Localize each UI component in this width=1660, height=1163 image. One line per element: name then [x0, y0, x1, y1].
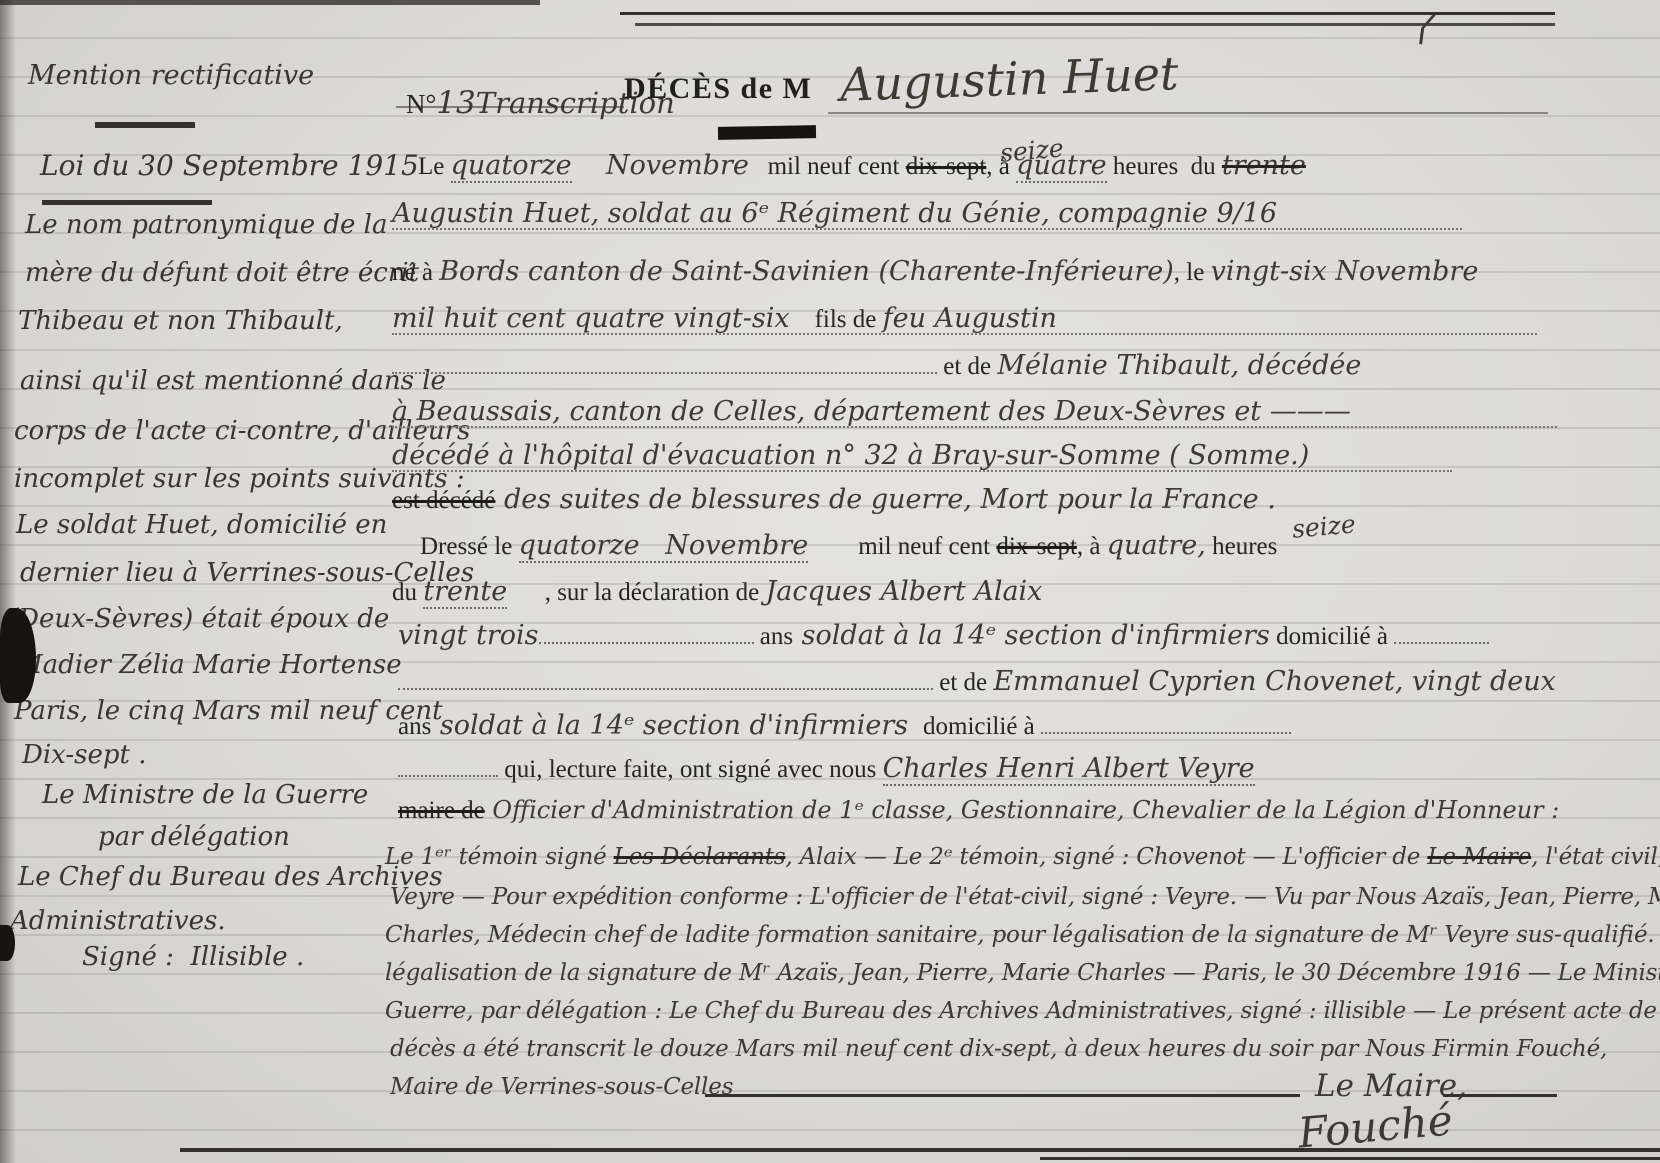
closing-rule: [705, 1094, 1300, 1097]
number-value: 13: [436, 85, 475, 121]
text-segment: et de: [937, 353, 997, 380]
text-segment: Guerre, par délégation : Le Chef du Bure…: [385, 998, 1657, 1024]
form-line: est décédé des suites de blessures de gu…: [392, 486, 1276, 514]
form-line: Guerre, par délégation : Le Chef du Bure…: [385, 999, 1657, 1023]
text-segment: décès a été transcrit le douze Mars mil …: [390, 1036, 1607, 1062]
text-segment: Officier d'Administration de 1ᵉ classe, …: [485, 796, 1560, 824]
text-segment: Jacques Albert Alaix: [765, 576, 1042, 607]
dotted-blank: [1394, 628, 1489, 644]
form-line: Le quatorze Novembre mil neuf cent dix-s…: [418, 152, 1306, 180]
text-segment: trente: [1222, 150, 1306, 181]
text-segment: quatre,: [1107, 530, 1206, 561]
margin-note-line: Le nom patronymique de la: [25, 212, 387, 238]
text-segment: vingt-six Novembre: [1211, 256, 1479, 287]
form-line: qui, lecture faite, ont signé avec nous …: [398, 755, 1255, 783]
text-segment: mil huit cent quatre vingt-six: [392, 303, 790, 334]
margin-note-line: Dix-sept .: [22, 742, 147, 768]
form-line: Maire de Verrines-sous-Celles: [390, 1075, 733, 1099]
text-segment: décédé à l'hôpital d'évacuation n° 32 à …: [392, 440, 1309, 471]
form-line: maire de Officier d'Administration de 1ᵉ…: [398, 798, 1559, 824]
text-segment: dix-sept: [906, 153, 987, 180]
form-line: Veyre — Pour expédition conforme : L'off…: [390, 885, 1660, 909]
text-segment: ans: [754, 623, 794, 650]
text-segment: heures: [1206, 533, 1278, 560]
number-prefix: N°: [406, 89, 436, 119]
margin-note-line: Paris, le cinq Mars mil neuf cent: [14, 698, 443, 724]
text-segment: domicilié à: [917, 713, 1041, 740]
text-segment: Charles, Médecin chef de ladite formatio…: [385, 922, 1660, 948]
text-segment: , le: [1174, 259, 1211, 286]
underline-bar: [95, 122, 195, 128]
text-segment: , l'état civil, signé :: [1531, 844, 1660, 870]
text-segment: Le 1ᵉʳ témoin signé: [385, 844, 614, 870]
form-line: décès a été transcrit le douze Mars mil …: [390, 1037, 1607, 1061]
text-segment: à Beaussais, canton de Celles, départeme…: [392, 396, 1351, 427]
form-line: légalisation de la signature de Mʳ Azaïs…: [385, 961, 1660, 985]
bottom-rule-line: [1040, 1157, 1660, 1160]
printed-title-deces-de-m: DÉCÈS de M: [624, 72, 812, 106]
margin-note-line: Administratives.: [10, 908, 226, 934]
form-line: et de Emmanuel Cyprien Chovenet, vingt d…: [398, 668, 1556, 696]
scan-edge-streak: [0, 0, 540, 5]
underline-bar: [42, 200, 212, 205]
margin-law-note: Loi du 30 Septembre 1915: [40, 152, 419, 180]
text-segment: soldat à la 14ᵉ section d'infirmiers: [793, 620, 1270, 651]
margin-note-line: Thibeau et non Thibault,: [18, 308, 343, 334]
text-segment: quatorze Novembre: [519, 530, 809, 563]
death-certificate-scan: ⟨ Mention rectificative Loi du 30 Septem…: [0, 0, 1660, 1163]
dotted-blank: [539, 628, 754, 644]
text-segment: quatre: [1016, 150, 1107, 183]
heavy-ink-bar: [718, 125, 816, 140]
margin-note-line: Le Chef du Bureau des Archives: [18, 864, 443, 890]
margin-note-line: par délégation: [98, 824, 290, 850]
text-segment: fils de: [790, 306, 883, 333]
form-line: ans soldat à la 14ᵉ section d'infirmiers…: [398, 712, 1291, 740]
text-segment: légalisation de la signature de Mʳ Azaïs…: [385, 960, 1660, 986]
dotted-blank: [392, 358, 937, 374]
text-segment: Bords canton de Saint-Savinien (Charente…: [439, 256, 1174, 287]
text-segment: feu Augustin: [883, 303, 1057, 334]
margin-note-line: Le Ministre de la Guerre: [42, 782, 368, 808]
form-line: du trente , sur la déclaration de Jacque…: [392, 578, 1042, 606]
text-segment: heures du: [1107, 153, 1222, 180]
margin-note-line: Signé : Illisible .: [82, 944, 304, 970]
top-rule-line: [635, 23, 1555, 26]
margin-note-line: ainsi qu'il est mentionné dans le: [20, 368, 446, 394]
margin-note-line: mère du défunt doit être écrit: [25, 260, 419, 286]
correction-seize: seize: [1291, 509, 1357, 543]
dotted-blank: [1041, 718, 1291, 734]
form-line: à Beaussais, canton de Celles, départeme…: [392, 398, 1557, 428]
text-segment: Emmanuel Cyprien Chovenet, vingt deux: [993, 666, 1555, 697]
form-line: Le 1ᵉʳ témoin signé Les Déclarants, Alai…: [385, 845, 1660, 869]
text-segment: et de: [933, 669, 993, 696]
form-line: et de Mélanie Thibault, décédée: [392, 352, 1361, 380]
text-segment: Les Déclarants: [614, 844, 786, 870]
text-segment: vingt trois: [398, 620, 539, 651]
text-segment: Veyre — Pour expédition conforme : L'off…: [390, 884, 1660, 910]
deceased-name: Augustin Huet: [839, 46, 1179, 112]
text-segment: Dressé le: [420, 533, 519, 560]
text-segment: mil neuf cent: [808, 533, 996, 560]
text-segment: Le: [418, 153, 451, 180]
text-segment: ans: [398, 713, 431, 740]
margin-note-line: Madier Zélia Marie Hortense: [16, 652, 402, 678]
text-segment: Maire de Verrines-sous-Celles: [390, 1074, 733, 1100]
text-segment: Le Maire: [1427, 844, 1531, 870]
text-segment: , à: [986, 153, 1016, 180]
form-line: décédé à l'hôpital d'évacuation n° 32 à …: [392, 442, 1452, 472]
form-line: Augustin Huet, soldat au 6ᵉ Régiment du …: [392, 200, 1462, 230]
form-line: vingt trois ans soldat à la 14ᵉ section …: [398, 622, 1489, 650]
bottom-rule-line: [180, 1148, 1660, 1152]
text-segment: , à: [1077, 533, 1107, 560]
text-segment: du: [392, 579, 423, 606]
text-segment: né à: [392, 259, 439, 286]
text-segment: dix-sept: [996, 533, 1077, 560]
text-segment: domicilié à: [1270, 623, 1394, 650]
text-segment: , sur la déclaration de: [507, 579, 765, 606]
margin-mention-rectificative: Mention rectificative: [28, 62, 314, 89]
text-segment: maire de: [398, 797, 485, 824]
margin-note-line: (Deux-Sèvres) était époux de: [8, 606, 389, 632]
dotted-blank: [398, 761, 498, 777]
text-segment: Novembre: [572, 150, 749, 181]
closing-rule: [1443, 1094, 1557, 1097]
ink-blot: [0, 925, 15, 961]
text-segment: est décédé: [392, 487, 495, 514]
text-segment: quatorze: [451, 150, 572, 183]
form-line: Dressé le quatorze Novembre mil neuf cen…: [420, 532, 1277, 560]
text-segment: Charles Henri Albert Veyre: [883, 753, 1255, 786]
form-line: né à Bords canton de Saint-Savinien (Cha…: [392, 258, 1478, 286]
text-segment: soldat à la 14ᵉ section d'infirmiers: [431, 710, 916, 741]
dotted-underline: [828, 112, 1548, 114]
top-rule-line: [620, 12, 1555, 15]
dotted-blank: [398, 674, 933, 690]
form-line: Charles, Médecin chef de ladite formatio…: [385, 923, 1660, 947]
text-segment: Mélanie Thibault, décédée: [997, 350, 1361, 381]
text-segment: , Alaix — Le 2ᵉ témoin, signé : Chovenot…: [785, 844, 1427, 870]
margin-note-line: Le soldat Huet, domicilié en: [16, 512, 387, 538]
dotted-underline: [396, 106, 624, 108]
text-segment: des suites de blessures de guerre, Mort …: [495, 484, 1275, 515]
form-line: mil huit cent quatre vingt-six fils de f…: [392, 305, 1537, 335]
text-segment: Augustin Huet, soldat au 6ᵉ Régiment du …: [392, 198, 1277, 229]
text-segment: trente: [423, 576, 507, 609]
text-segment: qui, lecture faite, ont signé avec nous: [498, 756, 883, 783]
text-segment: mil neuf cent: [749, 153, 906, 180]
